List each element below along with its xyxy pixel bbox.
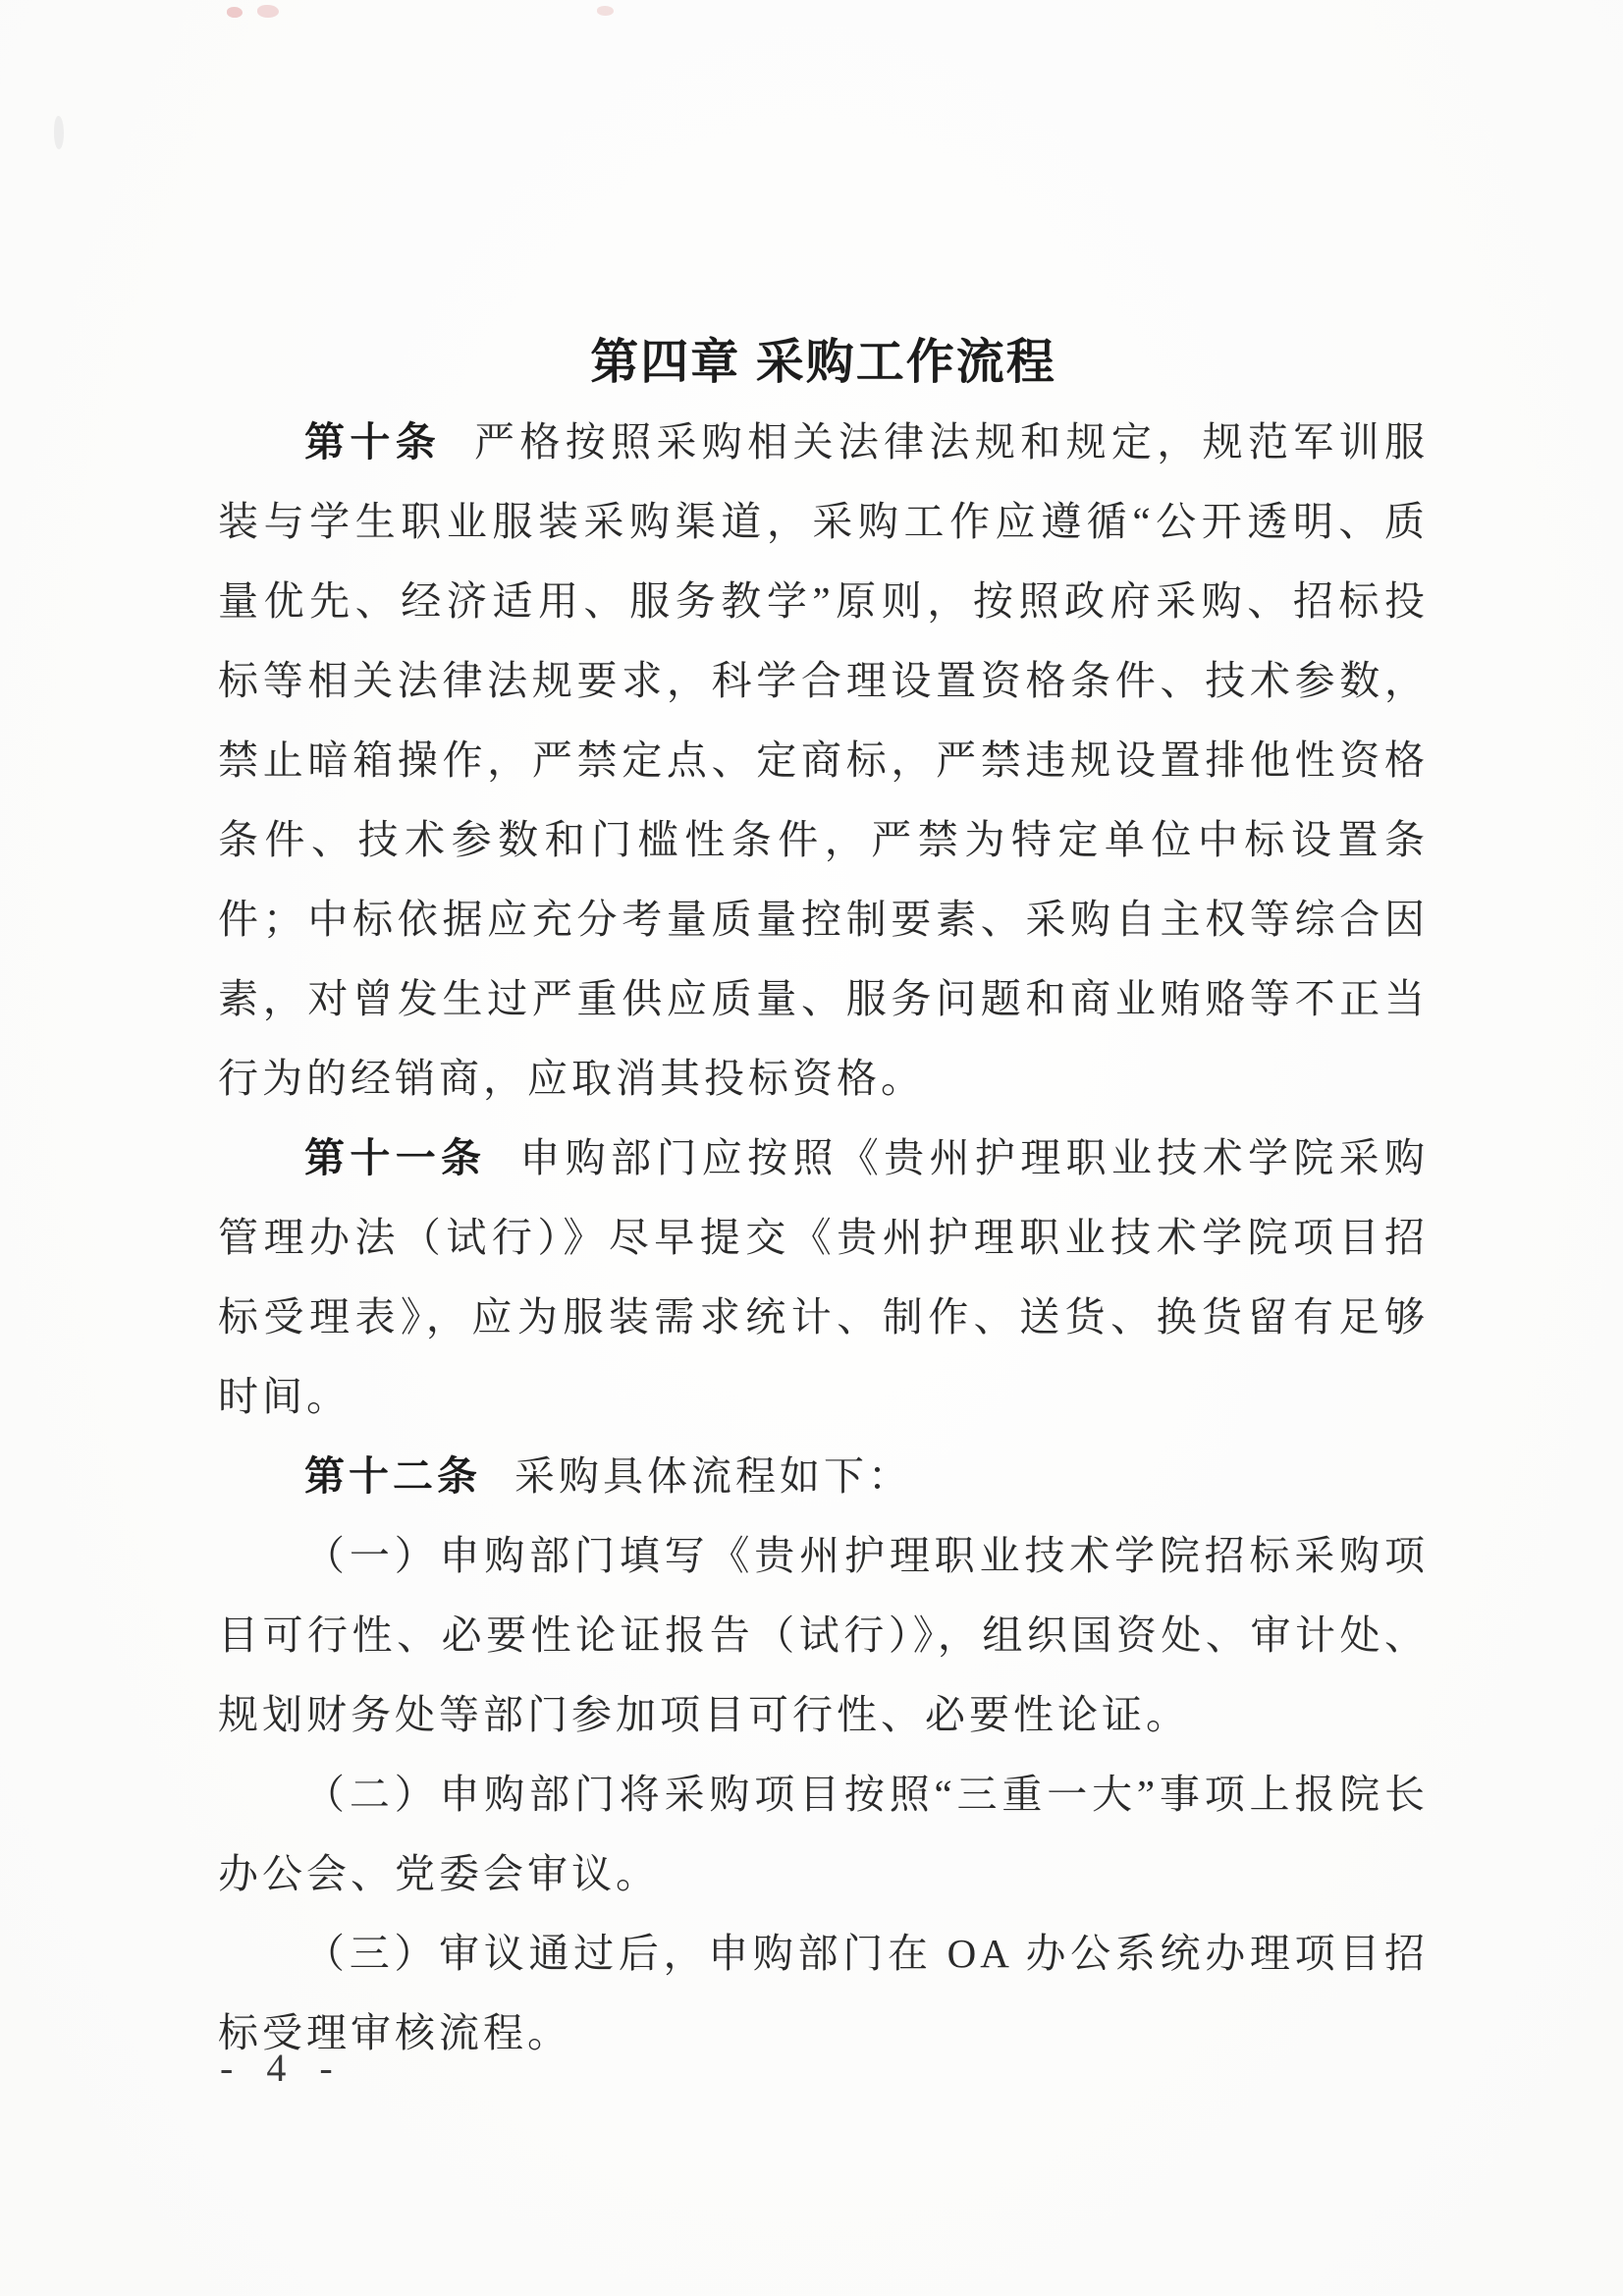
clause-paragraph-10: 第十条严格按照采购相关法律法规和规定，规范军训服装与学生职业服装采购渠道，采购工… bbox=[218, 403, 1429, 1119]
clause-text: （一）申购部门填写《贵州护理职业技术学院招标采购项目可行性、必要性论证报告（试行… bbox=[218, 1533, 1429, 1737]
clause-text: （三）审议通过后，申购部门在 OA 办公系统办理项目招标受理审核流程。 bbox=[218, 1931, 1429, 2055]
procedure-item-3: （三）审议通过后，申购部门在 OA 办公系统办理项目招标受理审核流程。 bbox=[218, 1914, 1429, 2073]
scan-artifact bbox=[54, 116, 64, 149]
document-body: 第十条严格按照采购相关法律法规和规定，规范军训服装与学生职业服装采购渠道，采购工… bbox=[218, 403, 1429, 2073]
clause-number: 第十一条 bbox=[304, 1135, 486, 1180]
scan-artifact bbox=[597, 6, 614, 16]
chapter-title: 第四章 采购工作流程 bbox=[218, 324, 1429, 393]
clause-paragraph-12: 第十二条采购具体流程如下： bbox=[218, 1437, 1429, 1516]
document-page: 第四章 采购工作流程 第十条严格按照采购相关法律法规和规定，规范军训服装与学生职… bbox=[0, 0, 1623, 2296]
clause-text: 采购具体流程如下： bbox=[514, 1453, 912, 1499]
clause-text: 严格按照采购相关法律法规和规定，规范军训服装与学生职业服装采购渠道，采购工作应遵… bbox=[218, 419, 1429, 1101]
clause-number: 第十条 bbox=[304, 419, 441, 465]
clause-number: 第十二条 bbox=[304, 1453, 481, 1499]
procedure-item-1: （一）申购部门填写《贵州护理职业技术学院招标采购项目可行性、必要性论证报告（试行… bbox=[218, 1516, 1429, 1755]
page-number: - 4 - bbox=[220, 2045, 345, 2091]
scan-artifact bbox=[227, 7, 243, 18]
clause-text: （二）申购部门将采购项目按照“三重一大”事项上报院长办公会、党委会审议。 bbox=[218, 1772, 1429, 1896]
procedure-item-2: （二）申购部门将采购项目按照“三重一大”事项上报院长办公会、党委会审议。 bbox=[218, 1755, 1429, 1914]
scan-artifact bbox=[257, 5, 279, 18]
clause-paragraph-11: 第十一条申购部门应按照《贵州护理职业技术学院采购管理办法（试行）》尽早提交《贵州… bbox=[218, 1119, 1429, 1437]
